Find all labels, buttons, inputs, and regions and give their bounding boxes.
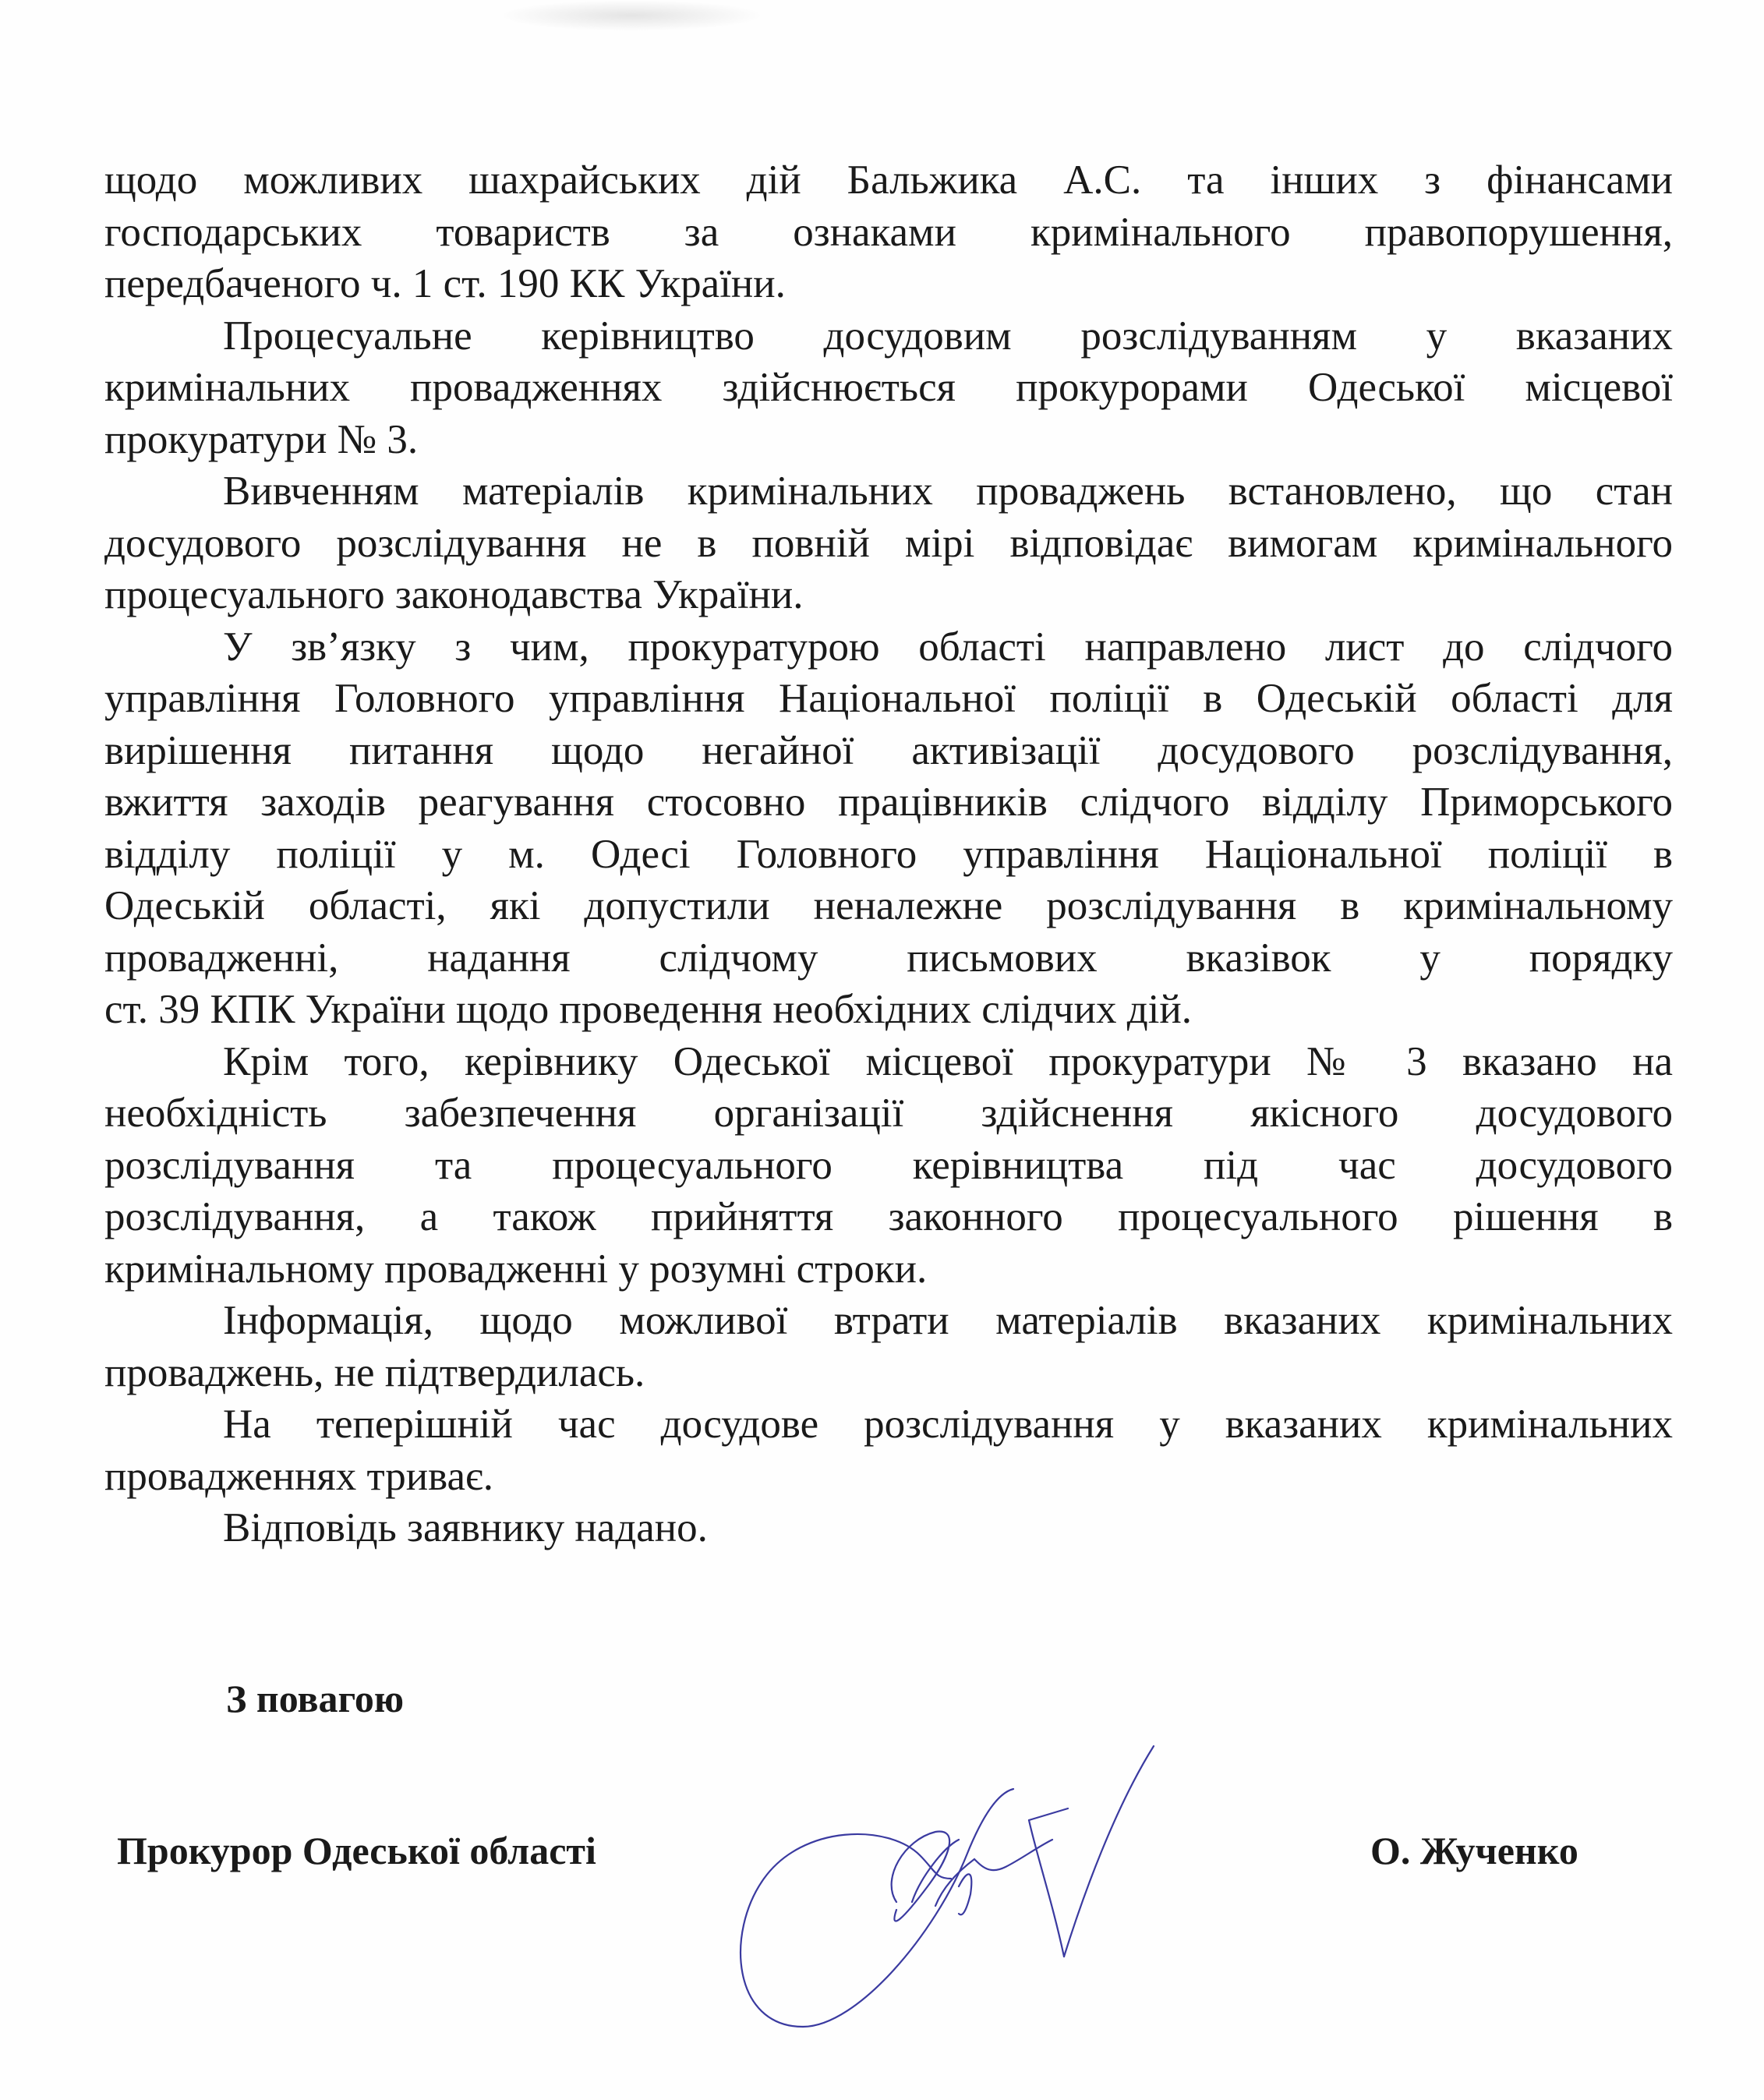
text-line: провадженнях триває. bbox=[104, 1451, 1673, 1503]
paragraph: Вивченням матеріалів кримінальних провад… bbox=[104, 465, 1673, 621]
text-line: Крім того, керівнику Одеської місцевої п… bbox=[104, 1036, 1673, 1088]
text-line: прокуратури № 3. bbox=[104, 414, 1673, 466]
text-line: проваджень, не підтвердилась. bbox=[104, 1347, 1673, 1399]
text-line: На теперішній час досудове розслідування… bbox=[104, 1398, 1673, 1451]
text-line: Вивченням матеріалів кримінальних провад… bbox=[104, 465, 1673, 518]
text-line: господарських товариств за ознаками крим… bbox=[104, 207, 1673, 259]
paragraph: Крім того, керівнику Одеської місцевої п… bbox=[104, 1036, 1673, 1296]
document-page: щодо можливих шахрайських дій Бальжика А… bbox=[0, 0, 1764, 2100]
scan-smudge bbox=[499, 0, 764, 31]
text-line: Відповідь заявнику надано. bbox=[104, 1502, 1673, 1554]
text-line: Одеській області, які допустили неналежн… bbox=[104, 880, 1673, 932]
text-line: ст. 39 КПК України щодо проведення необх… bbox=[104, 984, 1673, 1036]
text-line: У зв’язку з чим, прокуратурою області на… bbox=[104, 621, 1673, 673]
text-line: відділу поліції у м. Одесі Головного упр… bbox=[104, 829, 1673, 881]
signer-name: О. Жученко bbox=[1370, 1828, 1578, 1873]
text-line: Інформація, щодо можливої втрати матеріа… bbox=[104, 1295, 1673, 1347]
text-line: розслідування та процесуального керівниц… bbox=[104, 1140, 1673, 1192]
text-line: кримінальних провадженнях здійснюється п… bbox=[104, 362, 1673, 414]
letter-body: щодо можливих шахрайських дій Бальжика А… bbox=[104, 154, 1673, 1554]
text-line: кримінальному провадженні у розумні стро… bbox=[104, 1243, 1673, 1296]
text-line: вирішення питання щодо негайної активіза… bbox=[104, 725, 1673, 777]
text-line: Процесуальне керівництво досудовим розсл… bbox=[104, 310, 1673, 362]
text-line: провадженні, надання слідчому письмових … bbox=[104, 932, 1673, 985]
paragraph: щодо можливих шахрайських дій Бальжика А… bbox=[104, 154, 1673, 310]
paragraph: Відповідь заявнику надано. bbox=[104, 1502, 1673, 1554]
text-line: управління Головного управління Націонал… bbox=[104, 673, 1673, 725]
text-line: необхідність забезпечення організації зд… bbox=[104, 1087, 1673, 1140]
paragraph: Інформація, щодо можливої втрати матеріа… bbox=[104, 1295, 1673, 1398]
signer-position: Прокурор Одеської області bbox=[117, 1828, 596, 1873]
handwritten-signature-icon bbox=[702, 1699, 1185, 2073]
text-line: передбаченого ч. 1 ст. 190 КК України. bbox=[104, 258, 1673, 310]
text-line: процесуального законодавства України. bbox=[104, 569, 1673, 621]
paragraph: Процесуальне керівництво досудовим розсл… bbox=[104, 310, 1673, 466]
paragraph: У зв’язку з чим, прокуратурою області на… bbox=[104, 621, 1673, 1036]
text-line: досудового розслідування не в повній мір… bbox=[104, 518, 1673, 570]
text-line: розслідування, а також прийняття законно… bbox=[104, 1191, 1673, 1243]
paragraph: На теперішній час досудове розслідування… bbox=[104, 1398, 1673, 1502]
text-line: вжиття заходів реагування стосовно праці… bbox=[104, 776, 1673, 829]
closing-salutation: З повагою bbox=[226, 1676, 404, 1721]
text-line: щодо можливих шахрайських дій Бальжика А… bbox=[104, 154, 1673, 207]
